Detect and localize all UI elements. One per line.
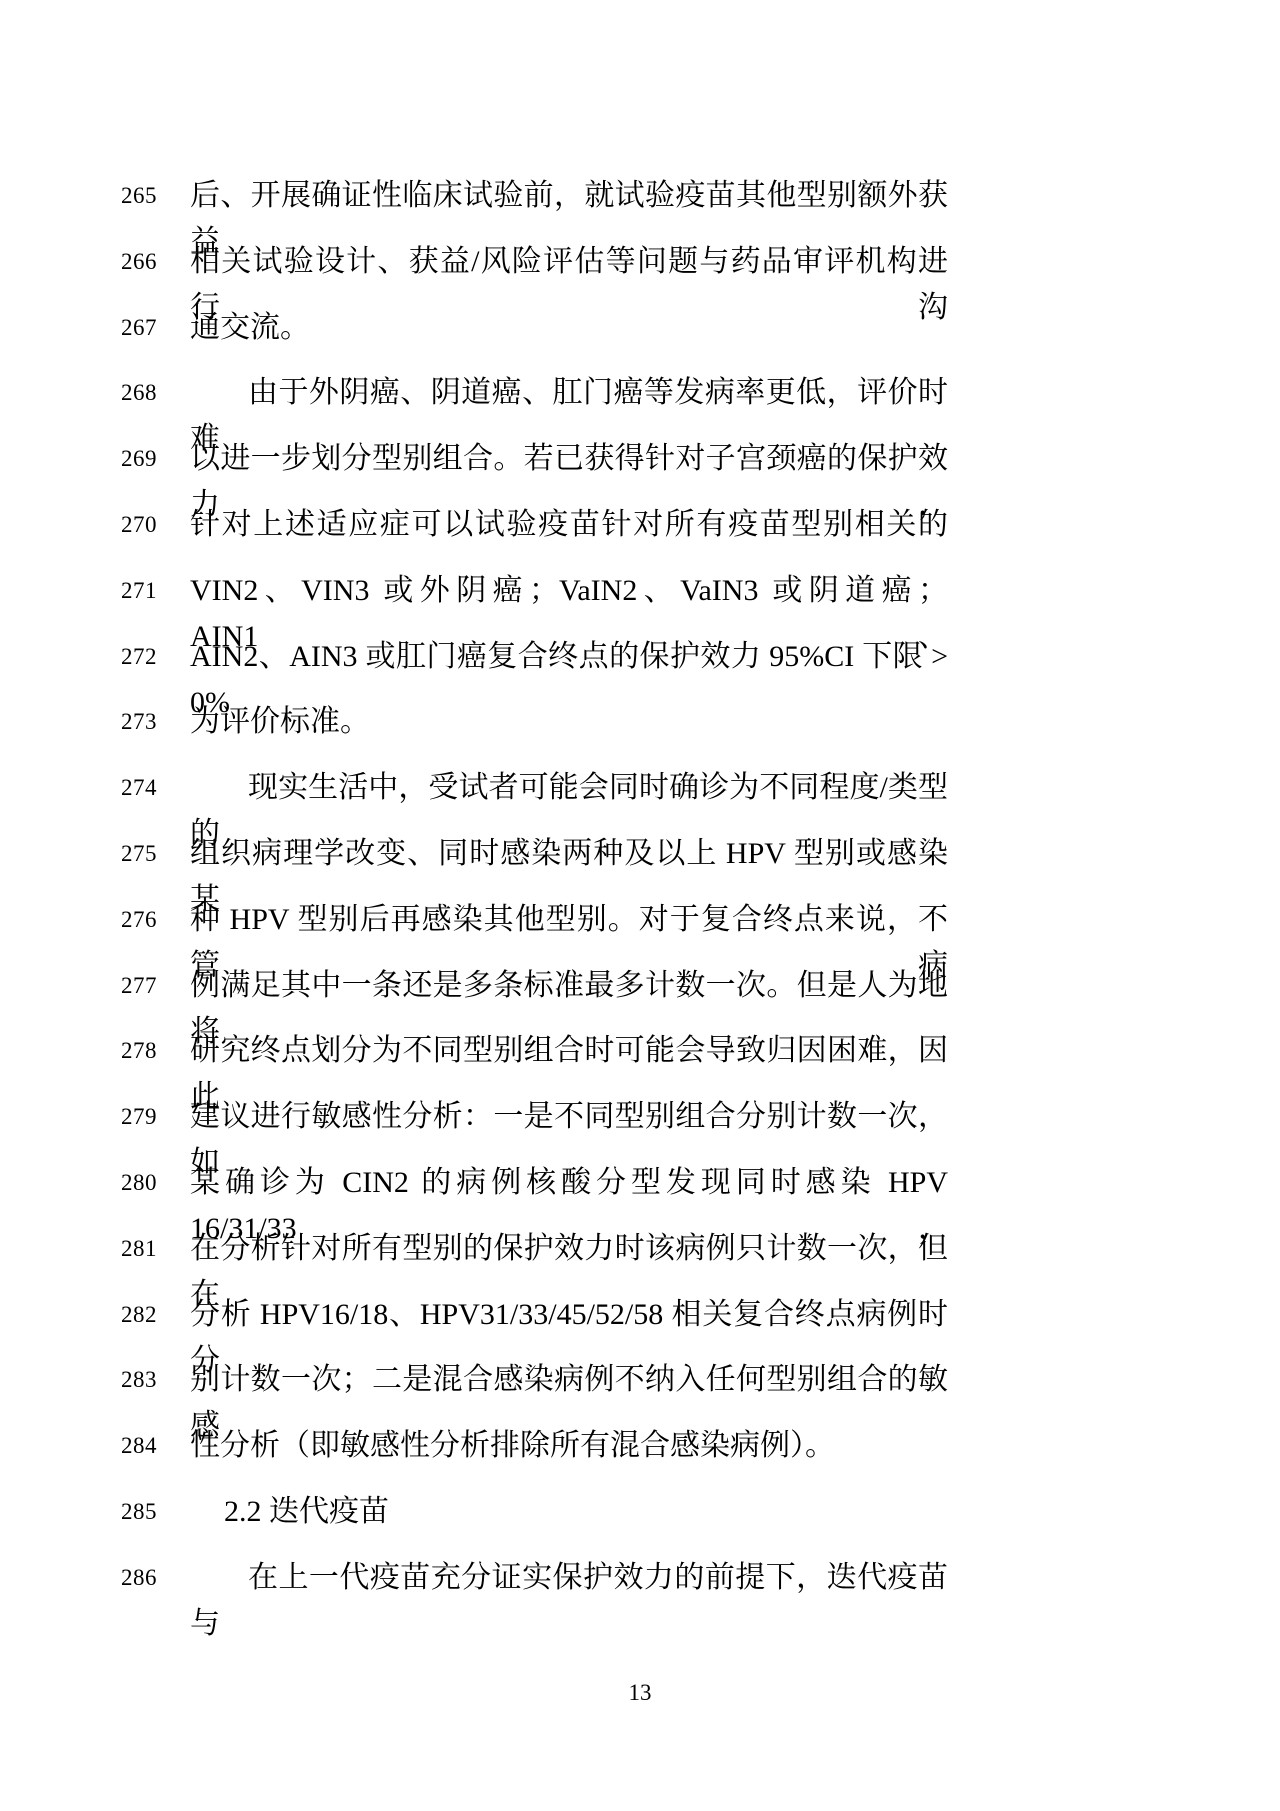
- document-line-row: 269 以进一步划分型别组合。若已获得针对子宫颈癌的保护效力，: [0, 436, 1280, 482]
- line-number: 281: [121, 1235, 157, 1263]
- line-number: 282: [121, 1301, 157, 1329]
- line-number: 277: [121, 972, 157, 1000]
- document-line-row: 283 别计数一次；二是混合感染病例不纳入任何型别组合的敏感: [0, 1357, 1280, 1403]
- line-number: 271: [121, 577, 157, 605]
- document-line-row: 278 研究终点划分为不同型别组合时可能会导致归因困难，因此: [0, 1028, 1280, 1074]
- line-number: 274: [121, 774, 157, 802]
- line-number: 266: [121, 248, 157, 276]
- document-line-row: 275 组织病理学改变、同时感染两种及以上 HPV 型别或感染某: [0, 831, 1280, 877]
- line-number: 279: [121, 1103, 157, 1131]
- line-number: 268: [121, 379, 157, 407]
- footer-page-number: 13: [0, 1680, 1280, 1706]
- document-page: 265 后、开展确证性临床试验前，就试验疫苗其他型别额外获益 266 相关试验设…: [0, 0, 1280, 1811]
- document-line-row: 268 由于外阴癌、阴道癌、肛门癌等发病率更低，评价时难: [0, 370, 1280, 416]
- line-number: 265: [121, 182, 157, 210]
- document-line-row: 285 2.2 迭代疫苗: [0, 1489, 1280, 1535]
- document-line-row: 271 VIN2、VIN3 或外阴癌；VaIN2、VaIN3 或阴道癌；AIN1…: [0, 568, 1280, 614]
- line-text: 在上一代疫苗充分证实保护效力的前提下，迭代疫苗与: [190, 1555, 948, 1647]
- document-line-row: 270 针对上述适应症可以试验疫苗针对所有疫苗型别相关的: [0, 502, 1280, 548]
- document-line-row: 282 分析 HPV16/18、HPV31/33/45/52/58 相关复合终点…: [0, 1292, 1280, 1338]
- line-text: 通交流。: [190, 305, 948, 351]
- line-number: 270: [121, 511, 157, 539]
- line-number: 278: [121, 1037, 157, 1065]
- line-number: 267: [121, 314, 157, 342]
- line-number: 272: [121, 643, 157, 671]
- document-line-row: 272 AIN2、AIN3 或肛门癌复合终点的保护效力 95%CI 下限 > 0…: [0, 634, 1280, 680]
- document-line-row: 281 在分析针对所有型别的保护效力时该病例只计数一次，但在: [0, 1226, 1280, 1272]
- line-text: 为评价标准。: [190, 699, 948, 745]
- document-line-row: 267 通交流。: [0, 305, 1280, 351]
- document-line-row: 277 例满足其中一条还是多条标准最多计数一次。但是人为地将: [0, 963, 1280, 1009]
- document-line-row: 265 后、开展确证性临床试验前，就试验疫苗其他型别额外获益: [0, 173, 1280, 219]
- document-line-row: 280 某确诊为 CIN2 的病例核酸分型发现同时感染 HPV 16/31/33…: [0, 1160, 1280, 1206]
- line-number: 275: [121, 840, 157, 868]
- document-line-row: 273 为评价标准。: [0, 699, 1280, 745]
- line-number: 285: [121, 1498, 157, 1526]
- line-number: 269: [121, 445, 157, 473]
- line-number: 284: [121, 1432, 157, 1460]
- line-text: 针对上述适应症可以试验疫苗针对所有疫苗型别相关的: [190, 502, 948, 548]
- line-text: 性分析（即敏感性分析排除所有混合感染病例）。: [190, 1423, 948, 1469]
- line-number: 280: [121, 1169, 157, 1197]
- document-line-row: 279 建议进行敏感性分析：一是不同型别组合分别计数一次，如: [0, 1094, 1280, 1140]
- line-number: 273: [121, 708, 157, 736]
- document-line-row: 274 现实生活中，受试者可能会同时确诊为不同程度/类型的: [0, 765, 1280, 811]
- line-number: 276: [121, 906, 157, 934]
- line-number: 283: [121, 1366, 157, 1394]
- document-line-row: 284 性分析（即敏感性分析排除所有混合感染病例）。: [0, 1423, 1280, 1469]
- document-line-row: 286 在上一代疫苗充分证实保护效力的前提下，迭代疫苗与: [0, 1555, 1280, 1601]
- document-line-row: 276 种 HPV 型别后再感染其他型别。对于复合终点来说，不管病: [0, 897, 1280, 943]
- line-text: 2.2 迭代疫苗: [190, 1489, 948, 1535]
- document-line-row: 266 相关试验设计、获益/风险评估等问题与药品审评机构进行沟: [0, 239, 1280, 285]
- line-number: 286: [121, 1564, 157, 1592]
